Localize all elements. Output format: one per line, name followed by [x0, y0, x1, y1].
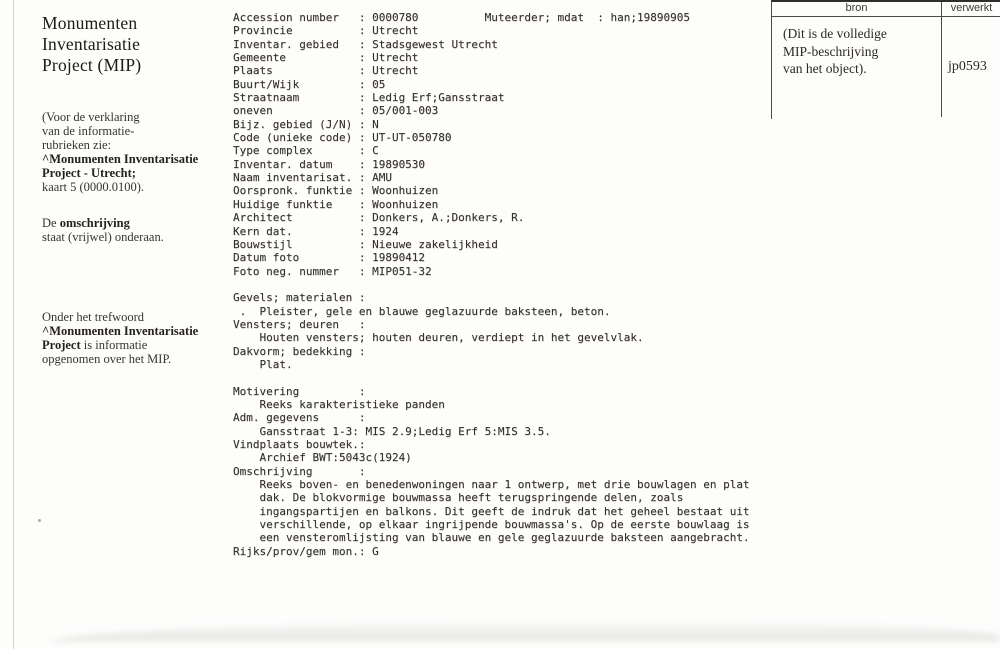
note-line: opgenomen over het MIP. — [42, 352, 234, 366]
note-text: De — [42, 216, 60, 230]
table-header-divider — [772, 16, 1000, 17]
note-line: MIP-beschrijving — [783, 43, 933, 61]
note-text-bold: omschrijving — [60, 216, 130, 230]
bron-verwerkt-table: bron verwerkt (Dit is de volledige MIP-b… — [771, 0, 1000, 119]
verwerkt-column-header: verwerkt — [942, 2, 1000, 15]
typed-record-text: Accession number : 0000780 Muteerder; md… — [233, 11, 750, 558]
note-text-bold: Project — [42, 338, 81, 352]
document-title: Monumenten Inventarisatie Project (MIP) — [42, 13, 234, 76]
note-line: van de informatie- — [42, 124, 234, 138]
verwerkt-stamp: jp0593 — [948, 59, 987, 75]
title-line: Monumenten — [42, 13, 234, 34]
scan-edge-artifact — [13, 0, 14, 649]
sidebar-note-trefwoord: Onder het trefwoord ^Monumenten Inventar… — [42, 310, 234, 366]
note-line: Onder het trefwoord — [42, 310, 234, 324]
scanned-mip-record-page: Monumenten Inventarisatie Project (MIP) … — [0, 0, 1000, 649]
scan-bottom-shadow — [48, 621, 1000, 643]
note-line: kaart 5 (0000.0100). — [42, 180, 234, 194]
note-line-bold: ^Monumenten Inventarisatie — [42, 152, 234, 166]
title-line: Inventarisatie — [42, 34, 234, 55]
scan-speck-artifact — [38, 519, 41, 522]
note-line: staat (vrijwel) onderaan. — [42, 230, 234, 244]
note-line: (Voor de verklaring — [42, 110, 234, 124]
note-line: (Dit is de volledige — [783, 25, 933, 43]
table-column-divider — [941, 2, 942, 117]
sidebar-notes: Monumenten Inventarisatie Project (MIP) … — [42, 13, 234, 76]
note-line: Project is informatie — [42, 338, 234, 352]
note-line-bold: Project - Utrecht; — [42, 166, 234, 180]
note-line-bold: ^Monumenten Inventarisatie — [42, 324, 234, 338]
note-line: rubrieken zie: — [42, 138, 234, 152]
title-line: Project (MIP) — [42, 55, 234, 76]
bron-column-header: bron — [772, 2, 941, 15]
sidebar-note-explanation: (Voor de verklaring van de informatie- r… — [42, 110, 234, 194]
bron-cell-note: (Dit is de volledige MIP-beschrijving va… — [783, 25, 933, 78]
note-line: De omschrijving — [42, 216, 234, 230]
note-text: is informatie — [81, 338, 148, 352]
note-line: van het object). — [783, 60, 933, 78]
sidebar-note-omschrijving: De omschrijving staat (vrijwel) onderaan… — [42, 216, 234, 244]
